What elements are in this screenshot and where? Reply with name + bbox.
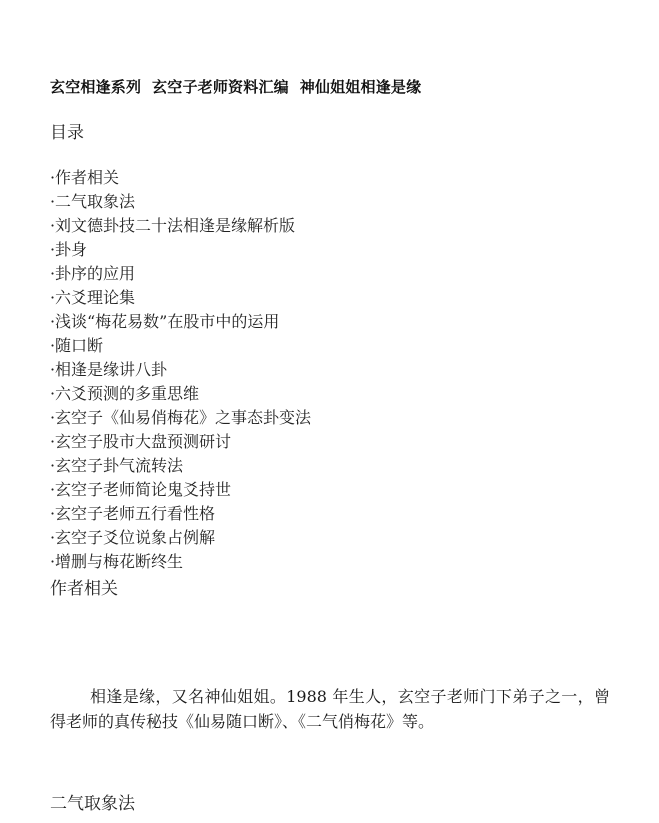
toc-item-guashen[interactable]: ·卦身 (50, 238, 311, 262)
toc-item-label: 玄空子《仙易俏梅花》之事态卦变法 (55, 408, 311, 427)
toc-item-label: 玄空子股市大盘预测研讨 (55, 432, 231, 451)
toc-item-liuwende[interactable]: ·刘文德卦技二十法相逢是缘解析版 (50, 214, 311, 238)
document-title: 玄空相逢系列 玄空子老师资料汇编 神仙姐姐相逢是缘 (50, 76, 421, 97)
toc-item-dapan[interactable]: ·玄空子股市大盘预测研讨 (50, 430, 311, 454)
toc-item-label: 作者相关 (55, 168, 119, 187)
toc-item-label: 玄空子卦气流转法 (55, 456, 183, 475)
toc-item-label: 增删与梅花断终生 (55, 552, 183, 571)
section-heading-erqi: 二气取象法 (50, 789, 135, 814)
toc-item-label: 刘文德卦技二十法相逢是缘解析版 (55, 216, 295, 235)
toc-item-label: 玄空子爻位说象占例解 (55, 528, 215, 547)
toc-item-erqi[interactable]: ·二气取象法 (50, 190, 311, 214)
toc-item-label: 六爻预测的多重思维 (55, 384, 199, 403)
toc-item-label: 卦身 (55, 240, 87, 259)
author-paragraph: 相逢是缘，又名神仙姐姐。1988 年生人，玄空子老师门下弟子之一，曾得老师的真传… (50, 684, 610, 734)
document-page: 玄空相逢系列 玄空子老师资料汇编 神仙姐姐相逢是缘 目录 ·作者相关 ·二气取象… (0, 0, 659, 823)
toc-item-label: 随口断 (55, 336, 103, 355)
section-heading-author: 作者相关 (50, 574, 118, 599)
toc-item-label: 玄空子老师五行看性格 (55, 504, 215, 523)
toc-item-bagua[interactable]: ·相逢是缘讲八卦 (50, 358, 311, 382)
toc-item-label: 相逢是缘讲八卦 (55, 360, 167, 379)
toc-item-shitai[interactable]: ·玄空子《仙易俏梅花》之事态卦变法 (50, 406, 311, 430)
toc-item-guiyao[interactable]: ·玄空子老师简论鬼爻持世 (50, 478, 311, 502)
toc-heading: 目录 (50, 118, 84, 143)
toc-item-label: 六爻理论集 (55, 288, 135, 307)
toc-item-liuyao-theory[interactable]: ·六爻理论集 (50, 286, 311, 310)
toc-item-label: 玄空子老师简论鬼爻持世 (55, 480, 231, 499)
toc-item-meihua-stock[interactable]: ·浅谈“梅花易数”在股市中的运用 (50, 310, 311, 334)
toc-item-label: 二气取象法 (55, 192, 135, 211)
toc-item-zengshan[interactable]: ·增删与梅花断终生 (50, 550, 311, 574)
toc-item-suikou[interactable]: ·随口断 (50, 334, 311, 358)
toc-item-wuxing[interactable]: ·玄空子老师五行看性格 (50, 502, 311, 526)
toc-item-author[interactable]: ·作者相关 (50, 166, 311, 190)
toc-item-liuyao-thinking[interactable]: ·六爻预测的多重思维 (50, 382, 311, 406)
table-of-contents: ·作者相关 ·二气取象法 ·刘文德卦技二十法相逢是缘解析版 ·卦身 ·卦序的应用… (50, 166, 311, 574)
toc-item-yaowei[interactable]: ·玄空子爻位说象占例解 (50, 526, 311, 550)
toc-item-label: 卦序的应用 (55, 264, 135, 283)
toc-item-guaqi[interactable]: ·玄空子卦气流转法 (50, 454, 311, 478)
toc-item-label: 浅谈“梅花易数”在股市中的运用 (55, 312, 279, 331)
toc-item-guaxu[interactable]: ·卦序的应用 (50, 262, 311, 286)
